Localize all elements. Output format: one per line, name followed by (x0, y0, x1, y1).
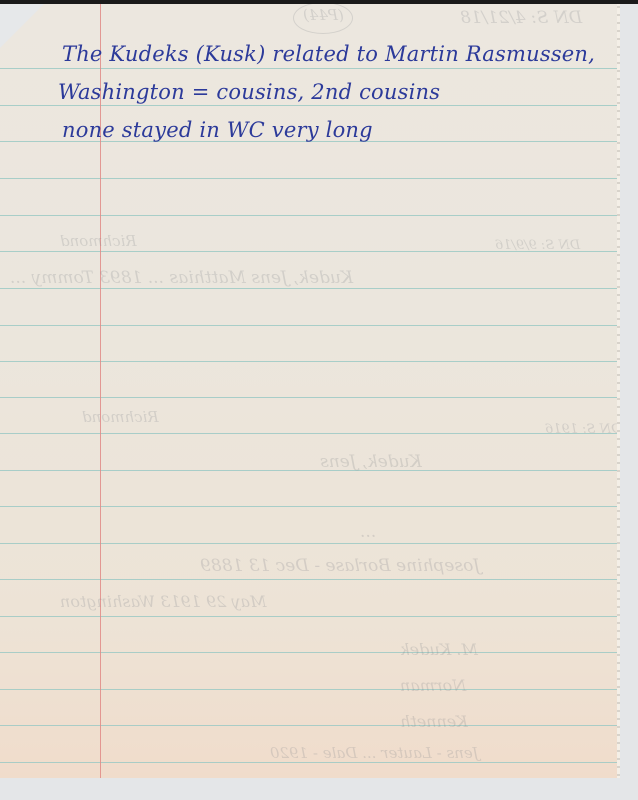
rule-line (0, 397, 620, 398)
rule-line (0, 762, 620, 763)
scan-top-border (0, 0, 638, 4)
handwritten-line-2: Washington = cousins, 2nd cousins (58, 80, 440, 104)
torn-right-edge (617, 0, 620, 778)
bleed-text: Kudek, Jens (320, 452, 422, 472)
bleed-page-number: (P44) (303, 6, 344, 24)
bleed-text: ... (360, 522, 376, 542)
rule-line (0, 470, 620, 471)
handwritten-line-3: none stayed in WC very long (62, 118, 373, 142)
bleed-text: Josephine Borlase - Dec 13 1889 (200, 556, 480, 576)
rule-line (0, 543, 620, 544)
bleed-text: DN S: 4/21/18 (460, 8, 582, 28)
rule-line (0, 215, 620, 216)
rule-line (0, 506, 620, 507)
red-margin-line (100, 0, 101, 778)
rule-line (0, 105, 620, 106)
notebook-page: (P44) DN S: 4/21/18 DN S: 9/9/16 Richmon… (0, 0, 620, 778)
rule-line (0, 689, 620, 690)
rule-line (0, 288, 620, 289)
rule-line (0, 68, 620, 69)
bleed-text: DN S: 1916 (545, 422, 620, 437)
bleed-text: Norman (400, 676, 466, 695)
folded-corner (0, 0, 48, 48)
rule-line (0, 178, 620, 179)
bleed-text: May 29 1913 Washington (60, 592, 266, 611)
bleed-text: DN S: 9/9/16 (495, 238, 580, 253)
bleed-text: Richmond (60, 232, 137, 250)
rule-line (0, 652, 620, 653)
rule-line (0, 616, 620, 617)
bleed-text: M. Kudek (400, 640, 478, 659)
bleed-text: Kenneth (400, 712, 468, 731)
bleed-text: Jens - Lauter ... Dale - 1920 (270, 744, 479, 762)
rule-line (0, 433, 620, 434)
rule-line (0, 725, 620, 726)
rule-line (0, 325, 620, 326)
bleed-text: Richmond (82, 408, 159, 426)
rule-line (0, 579, 620, 580)
bleed-text: Kudek, Jens Matthias ... 1893 Tommy ... (10, 268, 353, 288)
rule-line (0, 361, 620, 362)
handwritten-line-1: The Kudeks (Kusk) related to Martin Rasm… (62, 42, 595, 66)
